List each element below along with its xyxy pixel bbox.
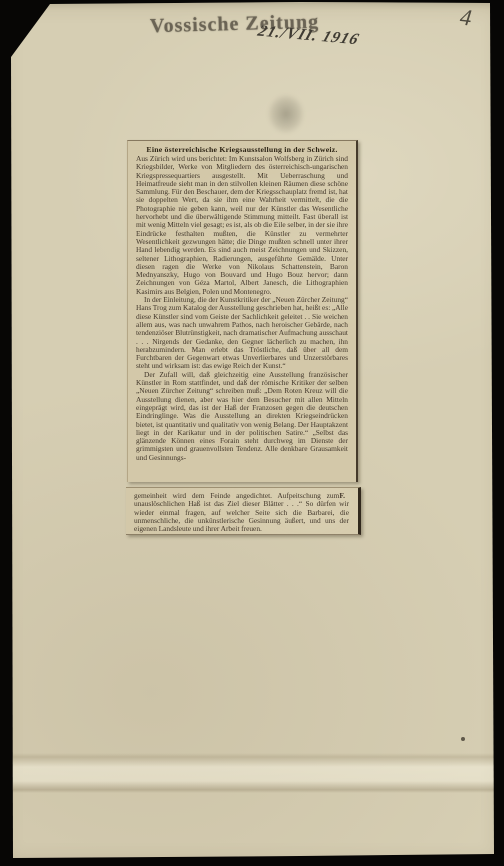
article-paragraph-2: In der Einleitung, die der Kunstkritiker… — [136, 296, 348, 371]
newspaper-clipping-bottom: F.gemeinheit wird dem Feinde angedichtet… — [126, 487, 361, 535]
newspaper-clipping-top: Eine österreichische Kriegsausstellung i… — [127, 140, 358, 482]
document-page: Vossische Zeitung 21./VII. 1916 4 Eine ö… — [0, 0, 504, 866]
article-continuation-text: gemeinheit wird dem Feinde angedichtet. … — [134, 491, 349, 533]
scan-background: Vossische Zeitung 21./VII. 1916 4 Eine ö… — [0, 0, 504, 866]
article-continuation-paragraph: F.gemeinheit wird dem Feinde angedichtet… — [134, 492, 349, 533]
handwritten-date: 21./VII. 1916 — [255, 23, 361, 49]
ink-speck — [461, 737, 465, 741]
smudge-stain — [262, 88, 310, 140]
article-title: Eine österreichische Kriegsausstellung i… — [136, 145, 348, 154]
article-paragraph-1: Aus Zürich wird uns berichtet: Im Kunsts… — [136, 155, 348, 296]
article-paragraph-3: Der Zufall will, daß gleichzeitig eine A… — [136, 371, 348, 462]
handwritten-page-number: 4 — [458, 4, 473, 31]
fold-crease — [11, 753, 494, 793]
